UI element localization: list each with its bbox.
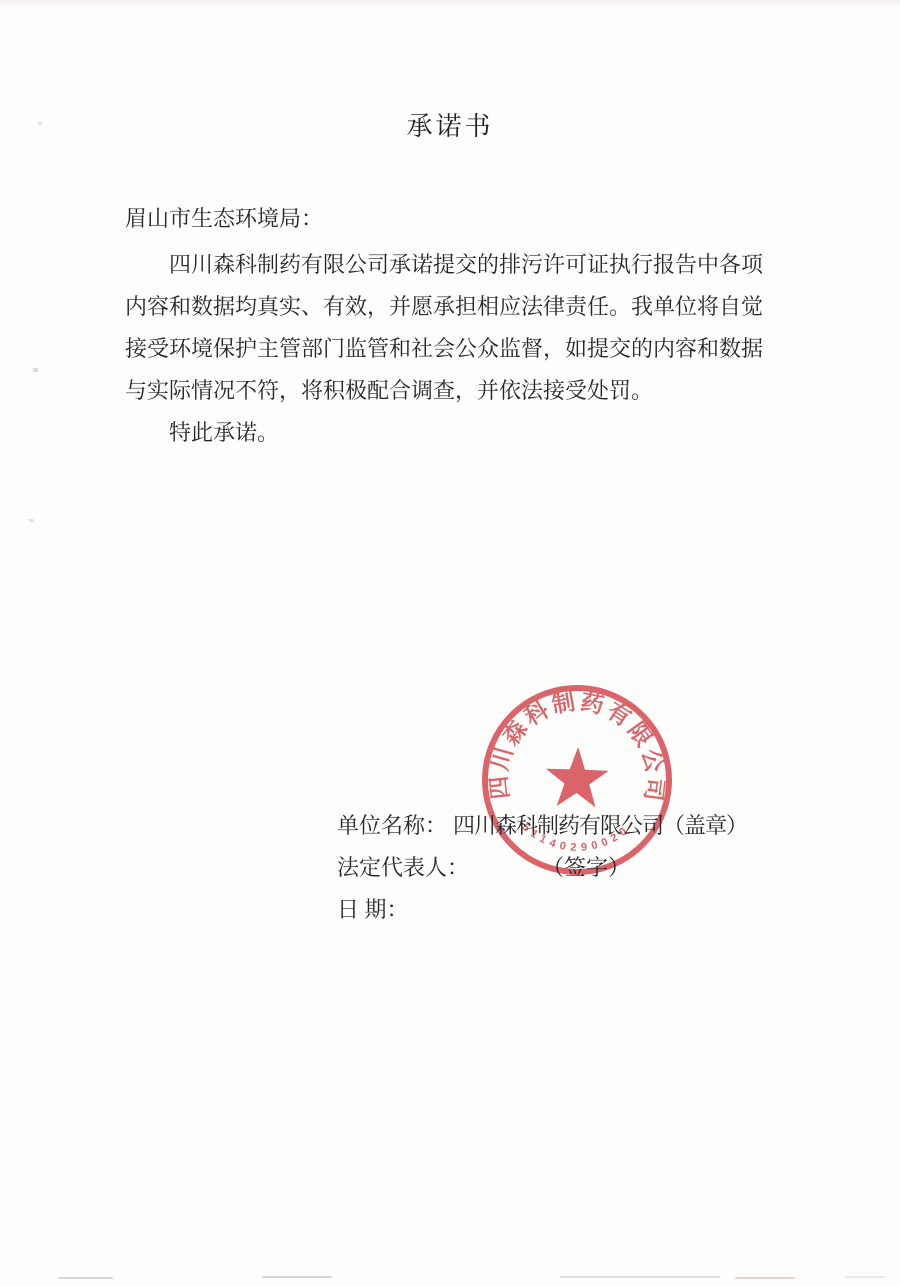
- scan-noise-bottom: [58, 1277, 113, 1279]
- body-line: 特此承诺。: [125, 412, 777, 454]
- body-paragraph: 四川森科制药有限公司承诺提交的排污许可证执行报告中各项 内容和数据均真实、有效，…: [125, 244, 777, 454]
- salutation: 眉山市生态环境局：: [125, 202, 323, 233]
- scan-speck: [38, 122, 42, 125]
- scanned-document-page: 承诺书 眉山市生态环境局： 四川森科制药有限公司承诺提交的排污许可证执行报告中各…: [0, 0, 900, 1286]
- legal-rep-row: 法定代表人：（签字）: [337, 852, 747, 894]
- body-line: 与实际情况不符，将积极配合调查，并依法接受处罚。: [125, 370, 777, 412]
- seal-star-icon: [545, 746, 610, 808]
- scan-noise-bottom: [735, 1277, 795, 1279]
- page-title: 承诺书: [0, 106, 900, 143]
- unit-name-row: 单位名称：四川森科制药有限公司（盖章）: [337, 810, 747, 852]
- body-line: 四川森科制药有限公司承诺提交的排污许可证执行报告中各项: [125, 244, 777, 286]
- legal-rep-label: 法定代表人：: [337, 855, 469, 880]
- body-line: 内容和数据均真实、有效，并愿承担相应法律责任。我单位将自觉: [125, 286, 777, 328]
- scan-noise-bottom: [560, 1276, 720, 1278]
- scan-noise-bottom: [262, 1276, 332, 1278]
- body-line: 接受环境保护主管部门监管和社会公众监督，如提交的内容和数据: [125, 328, 777, 370]
- unit-name-label: 单位名称：: [337, 813, 447, 838]
- scan-speck: [29, 519, 34, 522]
- date-row: 日 期：: [337, 894, 747, 936]
- date-label: 日 期：: [337, 897, 409, 922]
- scan-noise-bottom: [845, 1276, 885, 1278]
- signature-block: 单位名称：四川森科制药有限公司（盖章） 法定代表人：（签字） 日 期：: [337, 810, 747, 936]
- unit-name-value: 四川森科制药有限公司（盖章）: [453, 813, 747, 838]
- scan-noise-top: [0, 0, 900, 10]
- signature-hint: （签字）: [553, 855, 630, 880]
- scan-speck: [33, 368, 38, 372]
